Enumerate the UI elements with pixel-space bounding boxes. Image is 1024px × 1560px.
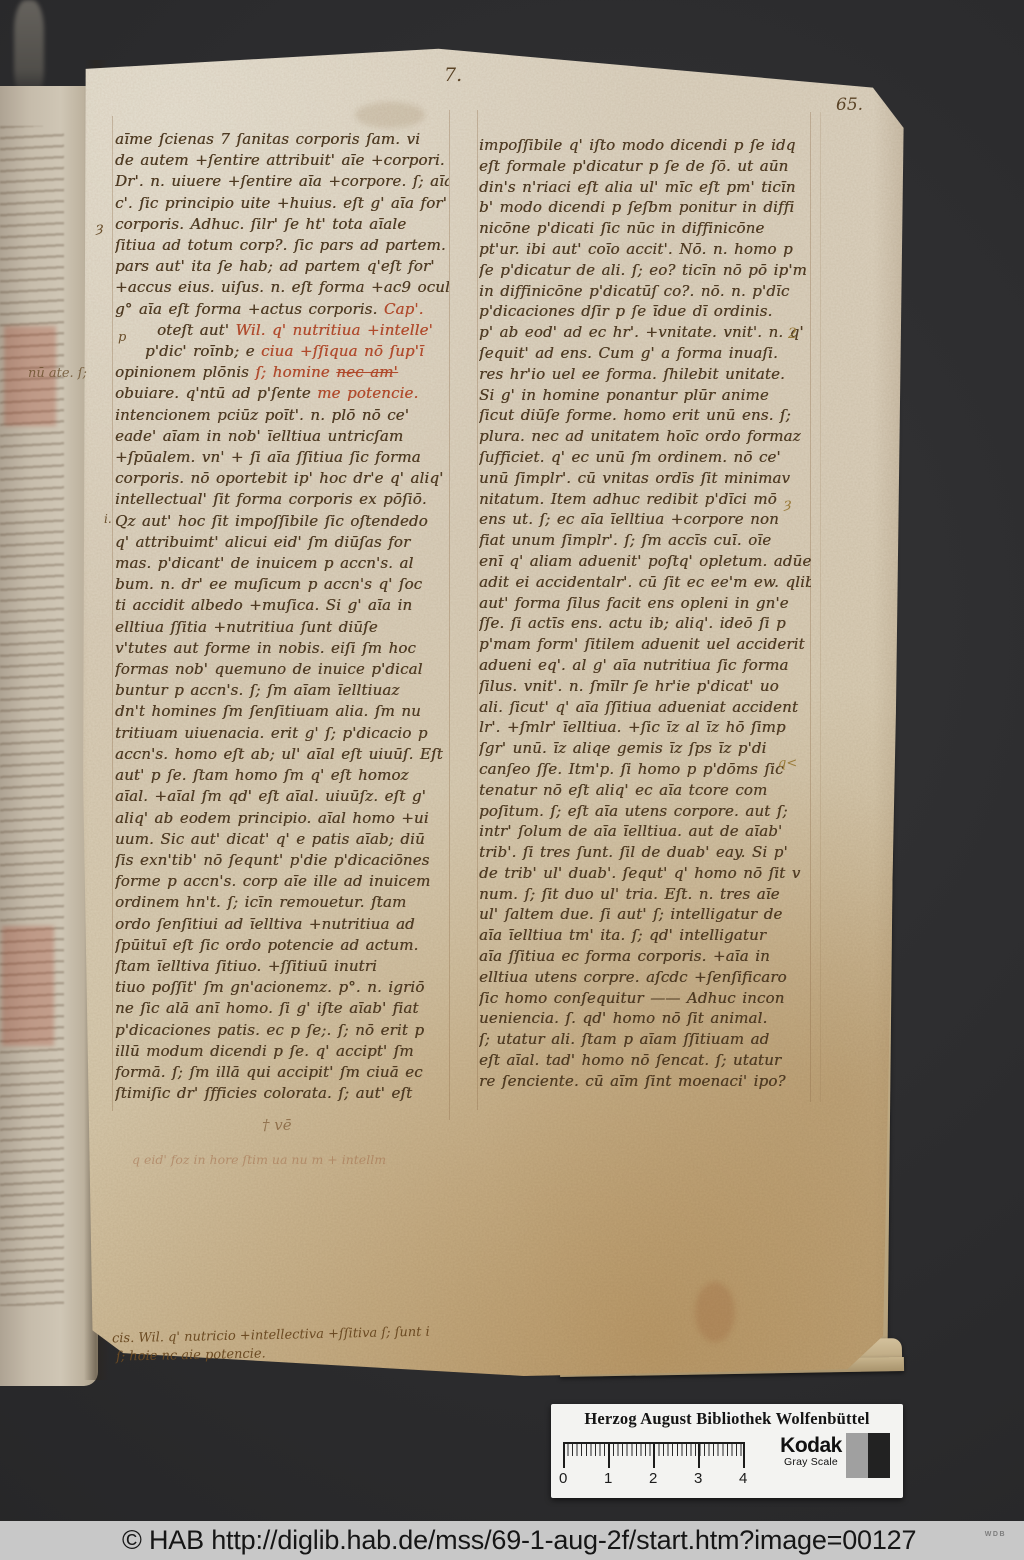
ruler-major-tick [698,1444,700,1468]
manuscript-line: aīa īelltiua tm' ita. ſ; qd' intelligatu… [479,925,811,946]
manuscript-line: uum. Sic aut' dicat' q' e patis aīab; di… [115,829,449,850]
ruler-number: 3 [694,1470,702,1487]
cross-annotation: † vē [262,1116,292,1134]
manuscript-line: oteſt aut' Wil. q' nutritiua +intelle' [115,320,449,341]
gray-patch-dark [868,1433,890,1478]
facing-page-text-showthrough [0,126,64,1306]
manuscript-line: ti accidit albedo +muſica. Si g' aīa in [115,595,449,616]
gutter-margin-note: nū ate. ſ; [28,366,87,381]
manuscript-line: unū ſimplr'. cū vnitas ordīs ſit minimav [479,468,811,489]
margin-mark-right-3: q< [778,756,797,771]
manuscript-line: eade' aīam in nob' īelltiua untricſam [115,426,449,447]
manuscript-line: q' attribuimt' alicui eid' ſm diūſas for [115,532,449,553]
manuscript-line: aīme ſcienas 7 ſanitas corporis ſam. vi [115,129,449,150]
manuscript-line: buntur p accn's. ſ; ſm aīam īelltiuaz [115,680,449,701]
manuscript-line: nitatum. Item adhuc redibit p'dīci mō [479,489,811,510]
manuscript-line: +accus eius. uiſus. n. eſt forma +ac9 oc… [115,277,449,298]
manuscript-line: ſpūituī eſt ſic ordo potencie ad actum. [115,935,449,956]
manuscript-line: canſeo ſſe. Itm'p. ſi homo p p'dōms ſic [479,759,811,780]
facing-page-rubric-tint [2,926,54,1046]
manuscript-line: ul' ſaltem due. ſi aut' ſ; intelligatur … [479,904,811,925]
manuscript-line: aīa ſſitiua ec forma corporis. +aīa in [479,946,811,967]
manuscript-line: eſt formale p'dicatur p ſe de ſō. ut aūn [479,156,811,177]
manuscript-line: p'mam form' ſitilem aduenit uel accideri… [479,634,811,655]
ruler-major-tick [608,1444,610,1468]
ruler-number: 2 [649,1470,657,1487]
ruler: 01234 [563,1442,745,1488]
manuscript-line: aliq' ab eodem principio. aīal homo +ui [115,808,449,829]
ruler-number: 1 [604,1470,612,1487]
manuscript-line: forme p accn's. corp aīe ille ad inuicem [115,871,449,892]
manuscript-line: ſequit' ad ens. Cum g' a forma inuaſi. [479,343,811,364]
manuscript-line: num. ſ; ſit duo ul' tria. Eſt. n. tres a… [479,884,811,905]
manuscript-line: dn't homines ſm ſenſitiuam alia. ſm nu [115,701,449,722]
bottom-note-line-2: ſ; hoie nc aie potencie. [116,1346,266,1364]
manuscript-line: elltiua utens corpre. aſcdc +ſenſificaro [479,967,811,988]
manuscript-line: trib'. ſi tres ſunt. ſil de duab' eay. S… [479,842,811,863]
manuscript-line: p'dic' roīnb; e ciua +ſſiqua nō ſup'ī [115,341,449,362]
manuscript-line: pt'ur. ibi aut' coīo accit'. Nō. n. homo… [479,239,811,260]
manuscript-line: +ſpūalem. vn' + ſi aīa ſſitiua ſic forma [115,447,449,468]
margin-mark-left-2: i. [104,512,112,526]
manuscript-line: ſe p'dicatur de ali. ſ; eo? ticīn nō pō … [479,260,811,281]
parchment-stain [695,1282,735,1342]
manuscript-line: nicōne p'dicati ſic nūc in diffinicōne [479,218,811,239]
manuscript-line: opinionem plōnis ſ; homine nec am' [115,362,449,383]
manuscript-line: tenatur nō eſt aliq' ec aīa tcore com [479,780,811,801]
manuscript-line: ſis exn'tib' nō ſequnt' p'die p'dicaciōn… [115,850,449,871]
manuscript-line: fiat unum ſimplr'. ſ; ſm accīs cuī. oīe [479,530,811,551]
gray-patch-mid [846,1433,868,1478]
manuscript-line: ſufficiet. q' ec unū ſm ordinem. nō ce' [479,447,811,468]
left-column-text: aīme ſcienas 7 ſanitas corporis ſam. vid… [115,129,449,1104]
manuscript-line: bum. n. dr' ee muſicum p accn's q' ſoc [115,574,449,595]
manuscript-line: b' modo dicendi p ſeſbm ponitur in diffi [479,197,811,218]
manuscript-line: in diffinicōne p'dicatūſ co?. nō. n. p'd… [479,281,811,302]
watermark-text: WDB [985,1531,1006,1538]
faded-annotation-line: q eid' foz in hore ſtim ua nu m + intell… [132,1152,386,1167]
parchment-stain [355,102,425,128]
manuscript-line: din's n'riaci eſt alia ul' mīc eſt pm' t… [479,177,811,198]
manuscript-line: ſitiua ad totum corp?. ſic pars ad parte… [115,235,449,256]
manuscript-line: ſ; utatur ali. ſtam p aīam ſſitiuam ad [479,1029,811,1050]
ruling-line [820,112,821,1102]
manuscript-line: ueniencia. ſ. qd' homo nō ſit animal. [479,1008,811,1029]
manuscript-line: corporis. Adhuc. ſilr' ſe ht' tota aīale [115,214,449,235]
manuscript-line: p'dicaciones dſir p ſe īdue dī ordinis. [479,301,811,322]
manuscript-line: plura. nec ad unitatem hoīc ordo formaz [479,426,811,447]
manuscript-line: aīal. +aīal ſm qd' eſt aīal. uiuūſz. eſt… [115,786,449,807]
manuscript-line: res hr'io uel ee forma. ſhilebit unitate… [479,364,811,385]
manuscript-line: accn's. homo eſt ab; ul' aīal eſt uiuūſ.… [115,744,449,765]
manuscript-line: poſitum. ſ; eſt aīa utens corpore. aut ſ… [479,801,811,822]
margin-mark-right-1: 2 [788,326,797,342]
ruling-line [449,110,450,1120]
manuscript-line: ordo ſenſitiui ad īelltiva +nutritiua ad [115,914,449,935]
manuscript-line: illū modum dicendi p ſe. q' accipt' ſm [115,1041,449,1062]
manuscript-line: Si g' in homine ponantur plūr anime [479,385,811,406]
book-fore-edge [14,0,44,100]
manuscript-line: enī q' aliam aduenit' poſtq' opletum. ad… [479,551,811,572]
manuscript-line: p' ab eod' ad ec hr'. +vnitate. vnit'. n… [479,322,811,343]
manuscript-line: intr' ſolum de aīa īelltiua. aut de aīab… [479,821,811,842]
manuscript-line: ſtimiſic dr' ſfficies colorata. ſ; aut' … [115,1083,449,1104]
folio-number: 65. [836,95,863,115]
manuscript-line: ſilus. vnit'. n. ſmīlr ſe hr'ie p'dicat'… [479,676,811,697]
manuscript-line: ſtam īelltiva ſitiuo. +ſſitiuū inutri [115,956,449,977]
manuscript-line: elltiua ſſitia +nutritiua ſunt diūſe [115,617,449,638]
manuscript-line: adit ei accidentalr'. cū ſit ec ee'm ew.… [479,572,811,593]
manuscript-line: ſic homo conſequitur —— Adhuc incon [479,988,811,1009]
library-name: Herzog August Bibliothek Wolfenbüttel [551,1409,903,1429]
ruling-line [477,110,478,1110]
caption-bar: © HAB http://diglib.hab.de/mss/69-1-aug-… [0,1521,1024,1560]
manuscript-line: intencionem pciūz poīt'. n. plō nō ce' [115,405,449,426]
manuscript-line: v'tutes aut forme in nobis. eiſi ſm hoc [115,638,449,659]
manuscript-line: lr'. +ſmlr' īelltiua. +ſic īz al īz hō ſ… [479,717,811,738]
scan-photograph: 7. 65. aīme ſcienas 7 ſanitas corporis ſ… [0,0,1024,1560]
manuscript-line: ſgr' unū. īz aliqe gemis īz ſps īz p'di [479,738,811,759]
gray-scale-patch [846,1433,890,1478]
manuscript-line: ſſe. ſi actīs ens. actu ib; aliq'. ideō … [479,613,811,634]
manuscript-line: de autem +ſentire attribuit' aīe +corpor… [115,150,449,171]
manuscript-line: intellectual' ſit forma corporis ex pōſi… [115,489,449,510]
manuscript-line: g° aīa eſt forma +actus corporis. Cap'. [115,299,449,320]
right-column-text: impoſſibile q' iſto modo dicendi p ſe id… [479,135,811,1092]
manuscript-line: ali. ſicut' q' aīa ſſitiua adueniat acci… [479,697,811,718]
manuscript-line: formas nob' quemuno de inuice p'dical [115,659,449,680]
ruling-line [112,116,113,1111]
manuscript-line: Dr'. n. uiuere +ſentire aīa +corpore. ſ;… [115,171,449,192]
manuscript-line: ordinem hn't. ſ; icīn remouetur. ſtam [115,892,449,913]
manuscript-line: tritiuam uiuenacia. erit g' ſ; p'dicacio… [115,723,449,744]
manuscript-line: aut' forma ſilus facit ens opleni in gn'… [479,593,811,614]
kodak-gray-scale-card: Herzog August Bibliothek Wolfenbüttel 01… [551,1404,903,1498]
manuscript-line: adueni eq'. al g' aīa nutritiua ſic form… [479,655,811,676]
manuscript-line: obuiare. q'ntū ad p'ſente me potencie. [115,383,449,404]
manuscript-line: formā. ſ; ſm illā qui accipit' ſm ciuā e… [115,1062,449,1083]
manuscript-line: pars aut' ita ſe hab; ad partem q'eſt fo… [115,256,449,277]
manuscript-line: aut' p ſe. ſtam homo ſm q' eſt homoz [115,765,449,786]
ruler-number: 0 [559,1470,567,1487]
manuscript-line: ſicut diūſe forme. homo erit unū ens. ſ; [479,405,811,426]
manuscript-line: Qz aut' hoc ſit impoſſibile ſic oſtended… [115,511,449,532]
quire-number: 7. [444,64,462,86]
ruler-major-tick [743,1444,745,1468]
manuscript-line: eſt aīal. tad' homo nō ſencat. ſ; utatur [479,1050,811,1071]
manuscript-line: c'. ſic principio uite +huius. eſt g' aī… [115,193,449,214]
ruler-major-tick [653,1444,655,1468]
manuscript-line: p'dicaciones patis. ec p ſe;. ſ; nō erit… [115,1020,449,1041]
margin-guide-letter: p [118,330,126,345]
ruler-number: 4 [739,1470,747,1487]
manuscript-line: tiuo poſſit' ſm gn'acionemz. p°. n. igri… [115,977,449,998]
manuscript-line: corporis. nō oportebit ip' hoc dr'e q' a… [115,468,449,489]
margin-mark-left-1: ȝ [96,220,103,236]
manuscript-line: de trib' ul' duab'. ſequt' q' homo nō ſi… [479,863,811,884]
manuscript-line: mas. p'dicant' de inuicem p accn's. al [115,553,449,574]
ruler-major-tick [563,1444,565,1468]
manuscript-line: impoſſibile q' iſto modo dicendi p ſe id… [479,135,811,156]
manuscript-line: ens ut. ſ; ec aīa īelltiua +corpore non [479,509,811,530]
manuscript-line: re ſenciente. cū aīm ſint moenaci' ipo? [479,1071,811,1092]
copyright-url-caption: © HAB http://diglib.hab.de/mss/69-1-aug-… [122,1525,916,1556]
manuscript-line: ne ſic alā anī homo. ſi g' iſte aīab' fi… [115,998,449,1019]
margin-mark-right-2: ȝ [784,496,791,512]
